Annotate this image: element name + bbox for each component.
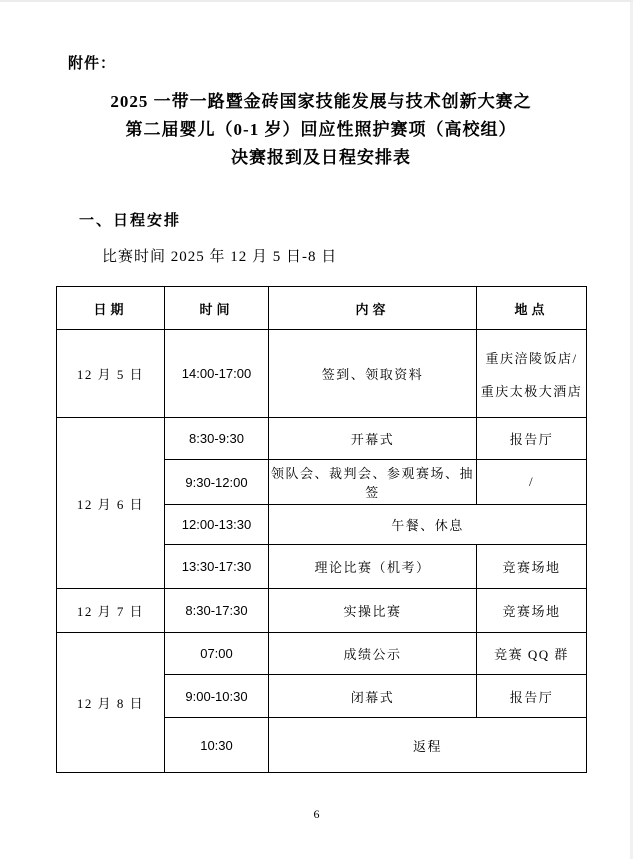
location-cell: 报告厅: [477, 675, 587, 718]
time-cell: 12:00-13:30: [165, 505, 269, 545]
section-heading-schedule: 一、日程安排: [79, 209, 181, 230]
title-line-3: 决赛报到及日程安排表: [56, 144, 586, 172]
content-cell: 开幕式: [269, 418, 477, 460]
time-cell: 8:30-9:30: [165, 418, 269, 460]
col-header-time: 时间: [165, 287, 269, 330]
location-cell: /: [477, 460, 587, 505]
content-cell: 实操比赛: [269, 589, 477, 633]
schedule-table: 日期 时间 内容 地点 12 月 5 日 14:00-17:00 签到、领取资料…: [56, 286, 587, 773]
time-cell: 10:30: [165, 718, 269, 773]
content-cell: 领队会、裁判会、参观赛场、抽签: [269, 460, 477, 505]
date-cell: 12 月 5 日: [57, 330, 165, 418]
col-header-date: 日期: [57, 287, 165, 330]
page-number: 6: [0, 807, 633, 822]
attachment-label: 附件：: [68, 52, 116, 73]
date-cell: 12 月 6 日: [57, 418, 165, 589]
table-header-row: 日期 时间 内容 地点: [57, 287, 587, 330]
location-cell: 重庆涪陵饭店/ 重庆太极大酒店: [477, 330, 587, 418]
location-cell: 报告厅: [477, 418, 587, 460]
content-cell-merged: 返程: [269, 718, 587, 773]
title-line-2: 第二届婴儿（0-1 岁）回应性照护赛项（高校组）: [56, 116, 586, 144]
location-cell: 竞赛场地: [477, 589, 587, 633]
col-header-location: 地点: [477, 287, 587, 330]
table-row: 12 月 7 日 8:30-17:30 实操比赛 竞赛场地: [57, 589, 587, 633]
time-cell: 14:00-17:00: [165, 330, 269, 418]
table-row: 12 月 8 日 07:00 成绩公示 竞赛 QQ 群: [57, 633, 587, 675]
col-header-content: 内容: [269, 287, 477, 330]
location-line: 重庆涪陵饭店/: [477, 348, 586, 367]
time-cell: 07:00: [165, 633, 269, 675]
content-cell: 理论比赛（机考）: [269, 545, 477, 589]
competition-time-note: 比赛时间 2025 年 12 月 5 日-8 日: [102, 245, 337, 266]
title-line-1: 2025 一带一路暨金砖国家技能发展与技术创新大赛之: [56, 88, 586, 116]
table-row: 12 月 5 日 14:00-17:00 签到、领取资料 重庆涪陵饭店/ 重庆太…: [57, 330, 587, 418]
content-cell: 成绩公示: [269, 633, 477, 675]
date-cell: 12 月 8 日: [57, 633, 165, 773]
document-page: 附件： 2025 一带一路暨金砖国家技能发展与技术创新大赛之 第二届婴儿（0-1…: [0, 0, 633, 859]
content-cell-merged: 午餐、休息: [269, 505, 587, 545]
document-title: 2025 一带一路暨金砖国家技能发展与技术创新大赛之 第二届婴儿（0-1 岁）回…: [56, 88, 586, 172]
table-row: 12 月 6 日 8:30-9:30 开幕式 报告厅: [57, 418, 587, 460]
time-cell: 8:30-17:30: [165, 589, 269, 633]
time-cell: 13:30-17:30: [165, 545, 269, 589]
content-cell: 签到、领取资料: [269, 330, 477, 418]
location-cell: 竞赛 QQ 群: [477, 633, 587, 675]
location-line: 重庆太极大酒店: [477, 381, 586, 400]
time-cell: 9:00-10:30: [165, 675, 269, 718]
content-cell: 闭幕式: [269, 675, 477, 718]
time-cell: 9:30-12:00: [165, 460, 269, 505]
location-cell: 竞赛场地: [477, 545, 587, 589]
date-cell: 12 月 7 日: [57, 589, 165, 633]
